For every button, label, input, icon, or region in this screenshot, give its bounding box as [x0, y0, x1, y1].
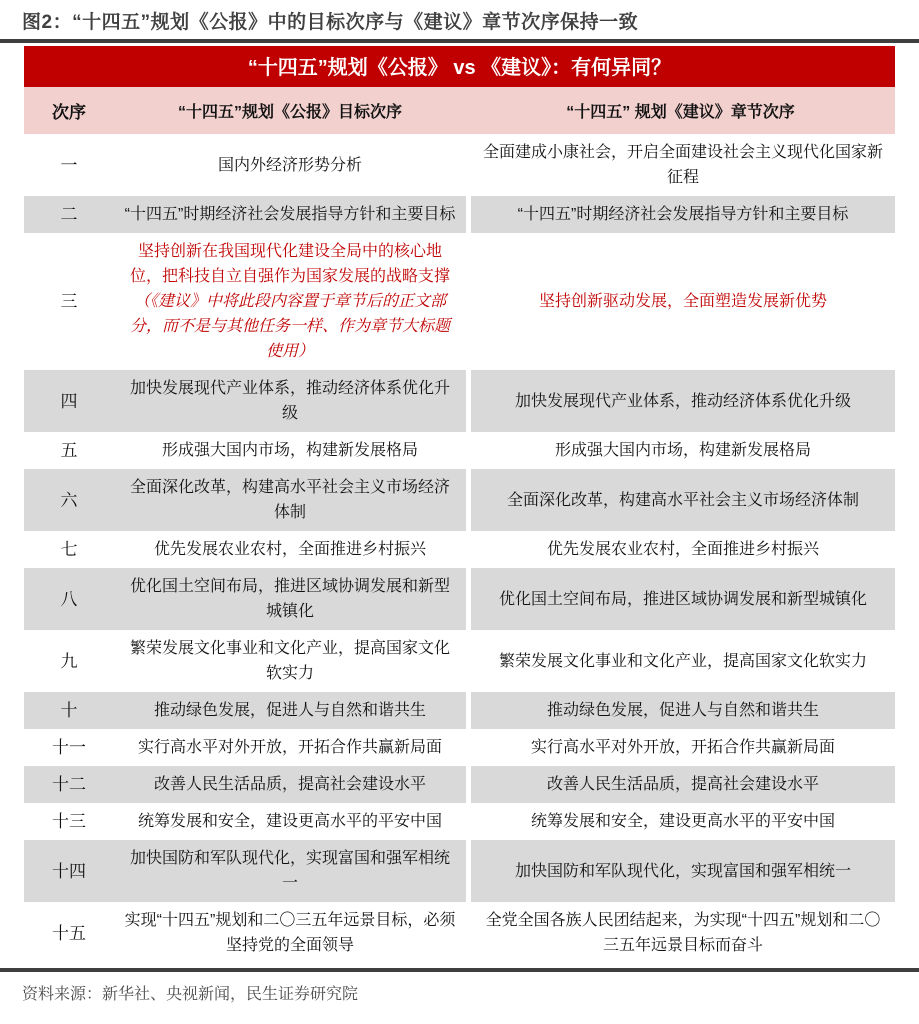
jianyi-cell: 全党全国各族人民团结起来，为实现“十四五”规划和二〇三五年远景目标而奋斗: [466, 902, 895, 964]
jianyi-cell: 形成强大国内市场，构建新发展格局: [466, 432, 895, 469]
gongbao-text: 繁荣发展文化事业和文化产业，提高国家文化软实力: [130, 640, 450, 682]
gongbao-cell-content: 国内外经济形势分析: [218, 153, 362, 178]
gongbao-text: 全面深化改革，构建高水平社会主义市场经济体制: [130, 479, 450, 521]
jianyi-cell: 繁荣发展文化事业和文化产业，提高国家文化软实力: [466, 630, 895, 692]
gongbao-cell: 改善人民生活品质，提高社会建设水平: [114, 766, 466, 803]
gongbao-text: 加快国防和军队现代化，实现富国和强军相统一: [130, 850, 450, 892]
column-header-jianyi: “十四五” 规划《建议》章节次序: [466, 87, 895, 134]
title-divider: [0, 39, 919, 43]
gongbao-cell-content: 优化国土空间布局，推进区域协调发展和新型城镇化: [124, 574, 456, 624]
jianyi-text: 改善人民生活品质，提高社会建设水平: [547, 772, 819, 797]
jianyi-cell: “十四五”时期经济社会发展指导方针和主要目标: [466, 196, 895, 233]
gongbao-text: 优化国土空间布局，推进区域协调发展和新型城镇化: [130, 578, 450, 620]
jianyi-cell: 改善人民生活品质，提高社会建设水平: [466, 766, 895, 803]
table-row: 三 坚持创新在我国现代化建设全局中的核心地位，把科技自立自强作为国家发展的战略支…: [24, 233, 895, 370]
table-row: 十二 改善人民生活品质，提高社会建设水平 改善人民生活品质，提高社会建设水平: [24, 766, 895, 803]
gongbao-text: “十四五”时期经济社会发展指导方针和主要目标: [125, 206, 456, 223]
order-cell: 十一: [24, 729, 114, 766]
gongbao-text: 优先发展农业农村，全面推进乡村振兴: [154, 541, 426, 558]
gongbao-cell: 加快发展现代产业体系，推动经济体系优化升级: [114, 370, 466, 432]
gongbao-cell-content: “十四五”时期经济社会发展指导方针和主要目标: [125, 202, 456, 227]
jianyi-text: 推动绿色发展，促进人与自然和谐共生: [547, 698, 819, 723]
gongbao-cell: “十四五”时期经济社会发展指导方针和主要目标: [114, 196, 466, 233]
jianyi-text: 繁荣发展文化事业和文化产业，提高国家文化软实力: [499, 649, 867, 674]
gongbao-cell-content: 优先发展农业农村，全面推进乡村振兴: [154, 537, 426, 562]
gongbao-cell-content: 全面深化改革，构建高水平社会主义市场经济体制: [124, 475, 456, 525]
gongbao-text: 统筹发展和安全，建设更高水平的平安中国: [138, 813, 442, 830]
gongbao-cell: 繁荣发展文化事业和文化产业，提高国家文化软实力: [114, 630, 466, 692]
jianyi-cell: 推动绿色发展，促进人与自然和谐共生: [466, 692, 895, 729]
gongbao-cell: 坚持创新在我国现代化建设全局中的核心地位，把科技自立自强作为国家发展的战略支撑 …: [114, 233, 466, 370]
gongbao-cell-content: 推动绿色发展，促进人与自然和谐共生: [154, 698, 426, 723]
jianyi-cell: 优化国土空间布局，推进区域协调发展和新型城镇化: [466, 568, 895, 630]
gongbao-text: 实现“十四五”规划和二〇三五年远景目标，必须坚持党的全面领导: [125, 912, 456, 954]
order-cell: 五: [24, 432, 114, 469]
column-header-gongbao: “十四五”规划《公报》目标次序: [114, 87, 466, 134]
jianyi-text: 统筹发展和安全，建设更高水平的平安中国: [531, 809, 835, 834]
gongbao-cell-content: 加快国防和军队现代化，实现富国和强军相统一: [124, 846, 456, 896]
order-cell: 八: [24, 568, 114, 630]
gongbao-cell: 优化国土空间布局，推进区域协调发展和新型城镇化: [114, 568, 466, 630]
jianyi-text: 形成强大国内市场，构建新发展格局: [555, 438, 811, 463]
gongbao-cell-content: 坚持创新在我国现代化建设全局中的核心地位，把科技自立自强作为国家发展的战略支撑 …: [124, 239, 456, 364]
order-cell: 十三: [24, 803, 114, 840]
table-row: 十 推动绿色发展，促进人与自然和谐共生 推动绿色发展，促进人与自然和谐共生: [24, 692, 895, 729]
gongbao-text: 国内外经济形势分析: [218, 157, 362, 174]
order-cell: 七: [24, 531, 114, 568]
figure-title: 图2：“十四五”规划《公报》中的目标次序与《建议》章节次序保持一致: [0, 0, 919, 39]
order-cell: 十五: [24, 902, 114, 964]
gongbao-cell-content: 实现“十四五”规划和二〇三五年远景目标，必须坚持党的全面领导: [124, 908, 456, 958]
jianyi-text: 坚持创新驱动发展，全面塑造发展新优势: [539, 289, 827, 314]
gongbao-cell: 国内外经济形势分析: [114, 134, 466, 196]
table-row: 七 优先发展农业农村，全面推进乡村振兴 优先发展农业农村，全面推进乡村振兴: [24, 531, 895, 568]
order-cell: 十四: [24, 840, 114, 902]
gongbao-text: 推动绿色发展，促进人与自然和谐共生: [154, 702, 426, 719]
jianyi-text: 加快国防和军队现代化，实现富国和强军相统一: [515, 859, 851, 884]
jianyi-cell: 优先发展农业农村，全面推进乡村振兴: [466, 531, 895, 568]
gongbao-cell-content: 改善人民生活品质，提高社会建设水平: [154, 772, 426, 797]
gongbao-cell: 优先发展农业农村，全面推进乡村振兴: [114, 531, 466, 568]
gongbao-cell: 形成强大国内市场，构建新发展格局: [114, 432, 466, 469]
gongbao-text: 加快发展现代产业体系，推动经济体系优化升级: [130, 380, 450, 422]
order-cell: 十: [24, 692, 114, 729]
order-cell: 二: [24, 196, 114, 233]
table-row: 十四 加快国防和军队现代化，实现富国和强军相统一 加快国防和军队现代化，实现富国…: [24, 840, 895, 902]
jianyi-cell: 统筹发展和安全，建设更高水平的平安中国: [466, 803, 895, 840]
table-row: 一 国内外经济形势分析 全面建成小康社会，开启全面建设社会主义现代化国家新征程: [24, 134, 895, 196]
order-cell: 三: [24, 233, 114, 370]
gongbao-cell: 实现“十四五”规划和二〇三五年远景目标，必须坚持党的全面领导: [114, 902, 466, 964]
order-cell: 四: [24, 370, 114, 432]
jianyi-text: 加快发展现代产业体系，推动经济体系优化升级: [515, 389, 851, 414]
source-note: 资料来源：新华社、央视新闻，民生证券研究院: [0, 972, 919, 1016]
jianyi-cell: 加快发展现代产业体系，推动经济体系优化升级: [466, 370, 895, 432]
table-body: 一 国内外经济形势分析 全面建成小康社会，开启全面建设社会主义现代化国家新征程 …: [24, 134, 895, 964]
jianyi-text: 实行高水平对外开放，开拓合作共赢新局面: [531, 735, 835, 760]
gongbao-text: 形成强大国内市场，构建新发展格局: [162, 442, 418, 459]
table-row: 二 “十四五”时期经济社会发展指导方针和主要目标 “十四五”时期经济社会发展指导…: [24, 196, 895, 233]
jianyi-cell: 坚持创新驱动发展，全面塑造发展新优势: [466, 233, 895, 370]
jianyi-text: 全面建成小康社会，开启全面建设社会主义现代化国家新征程: [481, 140, 885, 190]
table-row: 四 加快发展现代产业体系，推动经济体系优化升级 加快发展现代产业体系，推动经济体…: [24, 370, 895, 432]
order-cell: 六: [24, 469, 114, 531]
table-row: 六 全面深化改革，构建高水平社会主义市场经济体制 全面深化改革，构建高水平社会主…: [24, 469, 895, 531]
jianyi-cell: 全面建成小康社会，开启全面建设社会主义现代化国家新征程: [466, 134, 895, 196]
gongbao-note: （《建议》中将此段内容置于章节后的正文部分，而不是与其他任务一样、作为章节大标题…: [124, 289, 456, 364]
table-row: 十三 统筹发展和安全，建设更高水平的平安中国 统筹发展和安全，建设更高水平的平安…: [24, 803, 895, 840]
report-figure: 图2：“十四五”规划《公报》中的目标次序与《建议》章节次序保持一致 “十四五”规…: [0, 0, 919, 1016]
order-cell: 十二: [24, 766, 114, 803]
comparison-table: “十四五”规划《公报》 vs 《建议》：有何异同？ 次序 “十四五”规划《公报》…: [24, 46, 895, 964]
gongbao-cell-content: 形成强大国内市场，构建新发展格局: [162, 438, 418, 463]
jianyi-text: 全面深化改革，构建高水平社会主义市场经济体制: [507, 488, 859, 513]
jianyi-cell: 实行高水平对外开放，开拓合作共赢新局面: [466, 729, 895, 766]
jianyi-text: 优先发展农业农村，全面推进乡村振兴: [547, 537, 819, 562]
gongbao-text: 坚持创新在我国现代化建设全局中的核心地位，把科技自立自强作为国家发展的战略支撑: [130, 243, 450, 285]
gongbao-text: 改善人民生活品质，提高社会建设水平: [154, 776, 426, 793]
gongbao-cell: 全面深化改革，构建高水平社会主义市场经济体制: [114, 469, 466, 531]
jianyi-cell: 加快国防和军队现代化，实现富国和强军相统一: [466, 840, 895, 902]
jianyi-cell: 全面深化改革，构建高水平社会主义市场经济体制: [466, 469, 895, 531]
table-row: 八 优化国土空间布局，推进区域协调发展和新型城镇化 优化国土空间布局，推进区域协…: [24, 568, 895, 630]
table-header-row: 次序 “十四五”规划《公报》目标次序 “十四五” 规划《建议》章节次序: [24, 87, 895, 134]
gongbao-cell: 统筹发展和安全，建设更高水平的平安中国: [114, 803, 466, 840]
table-banner: “十四五”规划《公报》 vs 《建议》：有何异同？: [24, 46, 895, 87]
gongbao-cell-content: 实行高水平对外开放，开拓合作共赢新局面: [138, 735, 442, 760]
jianyi-text: 优化国土空间布局，推进区域协调发展和新型城镇化: [499, 587, 867, 612]
gongbao-cell: 加快国防和军队现代化，实现富国和强军相统一: [114, 840, 466, 902]
table-row: 十一 实行高水平对外开放，开拓合作共赢新局面 实行高水平对外开放，开拓合作共赢新…: [24, 729, 895, 766]
gongbao-cell: 实行高水平对外开放，开拓合作共赢新局面: [114, 729, 466, 766]
gongbao-cell-content: 统筹发展和安全，建设更高水平的平安中国: [138, 809, 442, 834]
gongbao-cell-content: 加快发展现代产业体系，推动经济体系优化升级: [124, 376, 456, 426]
table-row: 五 形成强大国内市场，构建新发展格局 形成强大国内市场，构建新发展格局: [24, 432, 895, 469]
jianyi-text: 全党全国各族人民团结起来，为实现“十四五”规划和二〇三五年远景目标而奋斗: [481, 908, 885, 958]
gongbao-cell: 推动绿色发展，促进人与自然和谐共生: [114, 692, 466, 729]
order-cell: 九: [24, 630, 114, 692]
table-row: 九 繁荣发展文化事业和文化产业，提高国家文化软实力 繁荣发展文化事业和文化产业，…: [24, 630, 895, 692]
order-cell: 一: [24, 134, 114, 196]
gongbao-text: 实行高水平对外开放，开拓合作共赢新局面: [138, 739, 442, 756]
gongbao-cell-content: 繁荣发展文化事业和文化产业，提高国家文化软实力: [124, 636, 456, 686]
table-row: 十五 实现“十四五”规划和二〇三五年远景目标，必须坚持党的全面领导 全党全国各族…: [24, 902, 895, 964]
jianyi-text: “十四五”时期经济社会发展指导方针和主要目标: [518, 202, 849, 227]
column-header-order: 次序: [24, 87, 114, 134]
